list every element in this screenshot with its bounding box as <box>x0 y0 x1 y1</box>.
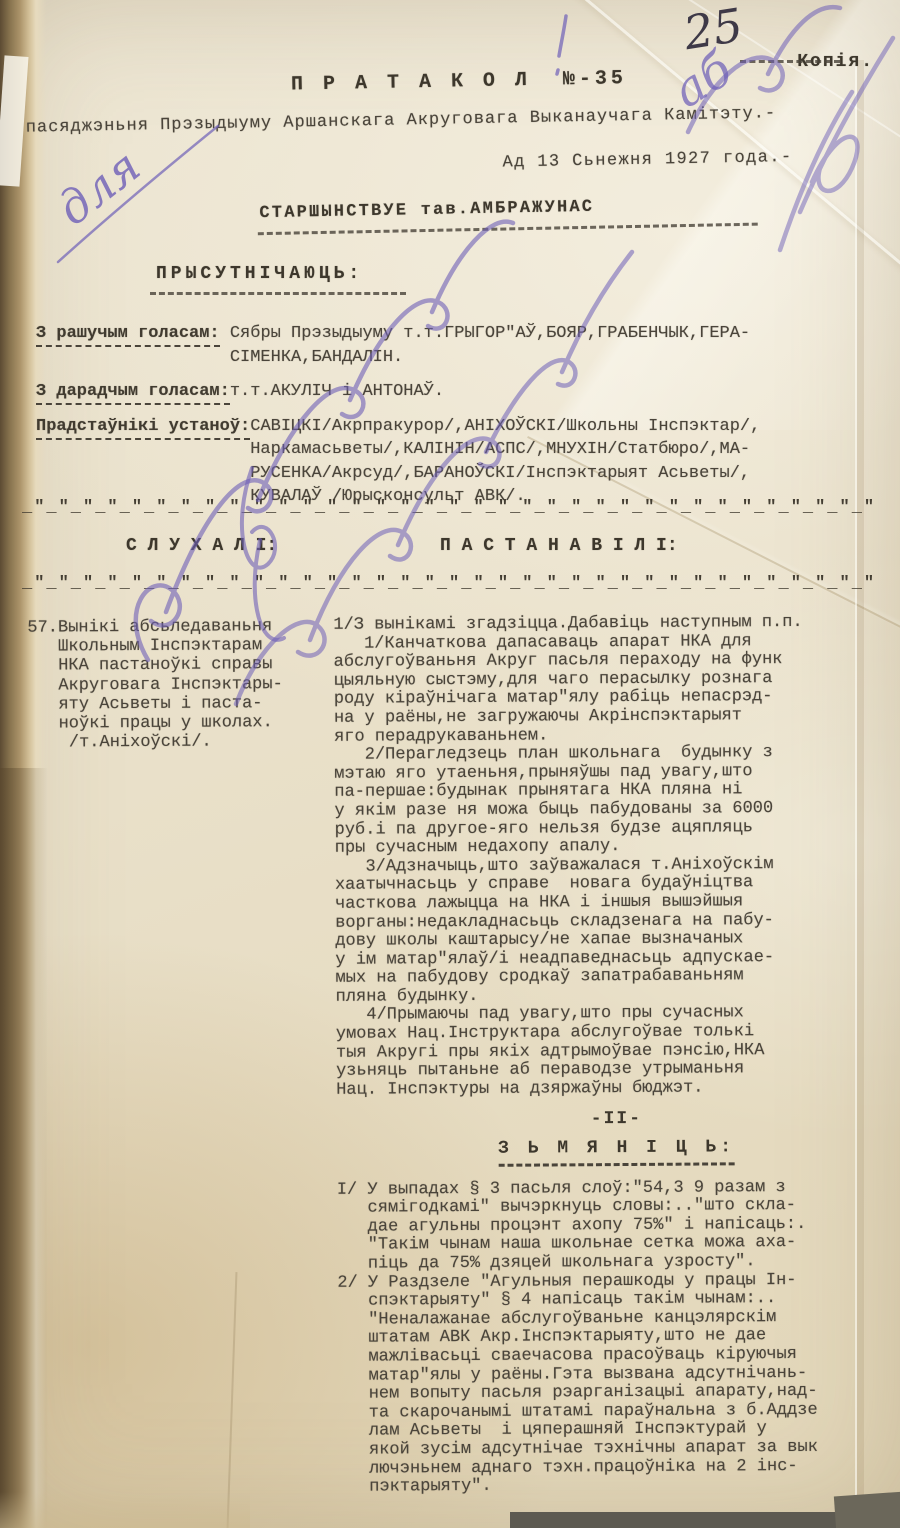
present-row-label: З рашучым голасам: <box>36 324 220 347</box>
present-row-representatives: Прадстаўнікі устаноў:САВІЦКІ/Акрпракурор… <box>36 415 760 509</box>
typed-separator: _"_"_"_"_"_"_"_"_"_"_"_"_"_"_"_"_"_"_"_"… <box>22 498 900 517</box>
agenda-item-57: 57.Вынікі абсьледаваньня Школьным Інспэк… <box>27 617 330 1500</box>
handwritten-page-number: 25 <box>680 0 746 60</box>
copy-underline <box>740 60 840 63</box>
present-row-deciding-vote: З рашучым голасам: Сябры Прэзыдыуму т.т.… <box>36 322 760 369</box>
protocol-body: 57.Вынікі абсьледаваньня Школьным Інспэк… <box>27 613 898 1499</box>
copy-label: Копія. <box>746 32 874 112</box>
amendments-text: І/ У выпадах § 3 пасьля слоў:"54,3 9 раз… <box>337 1178 899 1498</box>
chairman-underline <box>258 223 758 236</box>
present-heading: ПРЫСУТНІЧАЮЦЬ: <box>156 264 363 284</box>
handwritten-word-dlya: для <box>47 139 150 236</box>
resolution-text: 1/З вынікамі згадзіцца.Дабавіць наступны… <box>333 613 896 1100</box>
present-row-text: т.т.АКУЛІЧ і АНТОНАЎ. <box>230 382 444 401</box>
protocol-subtitle: пасяджэньня Прэзыдыуму Аршанскага Акруго… <box>26 104 777 137</box>
resolved-heading: П А С Т А Н А В І Л І: <box>440 536 678 556</box>
resolution-column: 1/З вынікамі згадзіцца.Дабавіць наступны… <box>333 613 898 1497</box>
handwritten-flourish <box>58 126 218 262</box>
present-list: З рашучым голасам: Сябры Прэзыдыуму т.т.… <box>36 322 760 520</box>
protocol-title: П Р А Т А К О Л №-35 <box>291 67 627 96</box>
present-underline <box>150 292 406 295</box>
handwritten-exclamation <box>557 16 566 74</box>
present-row-advisory-vote: З дарадчым голасам:т.т.АКУЛІЧ і АНТОНАЎ. <box>36 380 760 404</box>
heard-heading: С Л У Х А Л І: <box>126 536 277 556</box>
present-row-label: Прадстаўнікі устаноў: <box>36 417 250 440</box>
amend-heading-wrap: З Ь М Я Н І Ц Ь: <box>337 1137 897 1167</box>
section-ii-marker: -ІІ- <box>336 1109 896 1131</box>
chairman-line: СТАРШЫНСТВУЕ тав.АМБРАЖУНАС <box>259 198 594 223</box>
document-header: П Р А Т А К О Л №-35 пасяджэньня Прэзыды… <box>0 0 897 1</box>
present-row-label: З дарадчым голасам: <box>36 382 230 405</box>
typed-separator: _"_"_"_"_"_"_"_"_"_"_"_"_"_"_"_"_"_"_"_"… <box>22 574 900 593</box>
protocol-date: Ад 13 Сьнежня 1927 года.- <box>502 148 792 173</box>
amend-heading: З Ь М Я Н І Ц Ь: <box>498 1138 735 1166</box>
scanned-protocol-page: 25 Копія. П Р А Т А К О Л №-35 пасяджэнь… <box>0 0 900 1528</box>
bottom-edge-wedge <box>834 1492 900 1528</box>
